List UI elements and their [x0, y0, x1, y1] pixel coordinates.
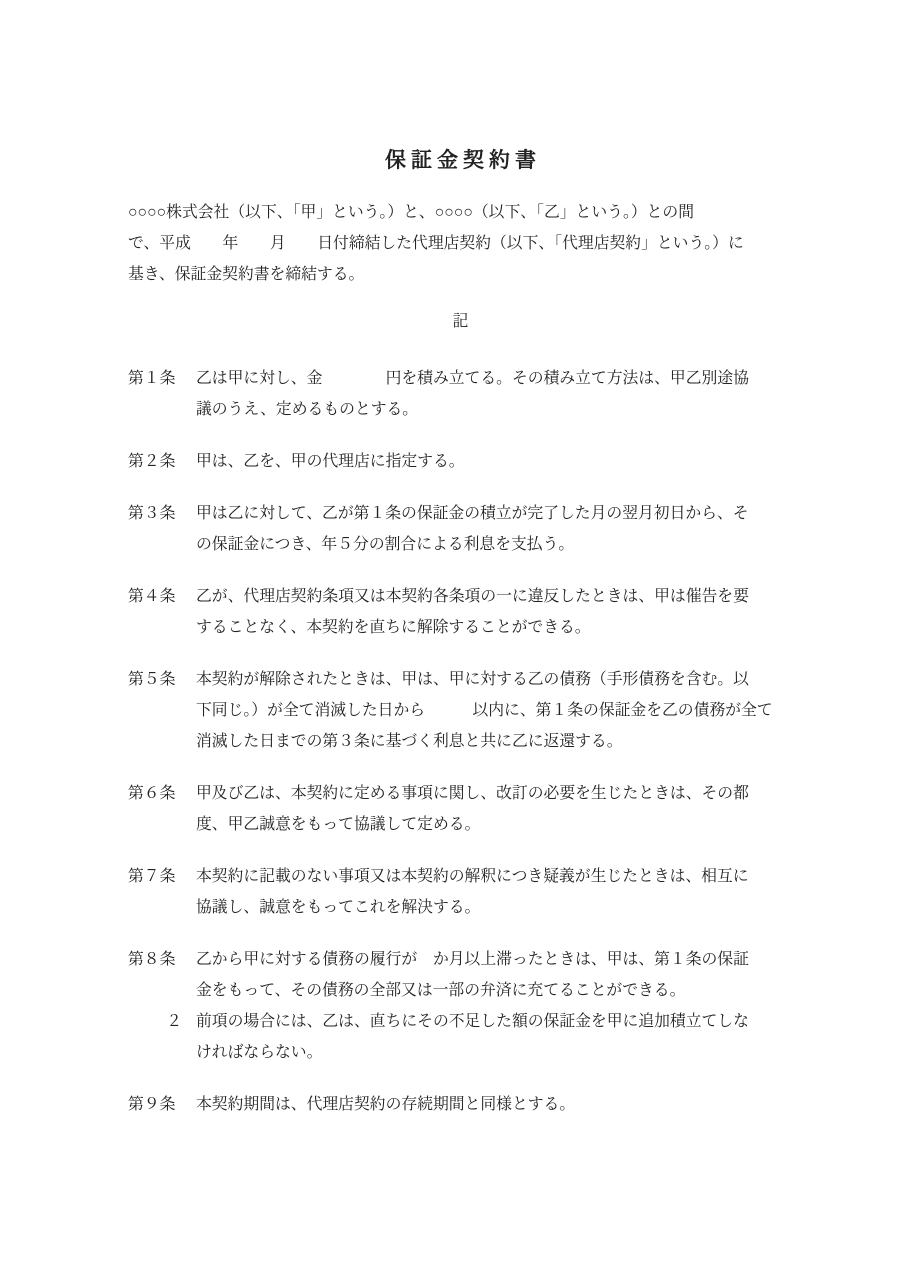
article-2-label: 第２条 — [128, 446, 196, 477]
article-6: 第６条 甲及び乙は、本契約に定める事項に関し、改訂の必要を生じたときは、その都 … — [128, 778, 793, 840]
article-2-text: 甲は、乙を、甲の代理店に指定する。 — [196, 446, 793, 477]
article-8: 第８条 乙から甲に対する債務の履行が か月以上滞ったときは、甲は、第１条の保証 … — [128, 944, 793, 1006]
article-3-label: 第３条 — [128, 498, 196, 560]
article-7: 第７条 本契約に記載のない事項又は本契約の解釈につき疑義が生じたときは、相互に … — [128, 861, 793, 923]
article-8-label: 第８条 — [128, 944, 196, 1006]
article-8-clause-2-text: 前項の場合には、乙は、直ちにその不足した額の保証金を甲に追加積立てしな ければな… — [196, 1006, 793, 1068]
document-body: 保証金契約書 ○○○○株式会社（以下、「甲」という。）と、○○○○（以下、「乙」… — [0, 0, 905, 1120]
article-2: 第２条 甲は、乙を、甲の代理店に指定する。 — [128, 446, 793, 477]
article-1-label: 第１条 — [128, 363, 196, 425]
section-marker: 記 — [128, 306, 793, 337]
articles-list: 第１条 乙は甲に対し、金 円を積み立てる。その積み立て方法は、甲乙別途協 議のう… — [128, 363, 793, 1120]
article-8-clause-2-label: ２ — [128, 1006, 196, 1068]
article-4-label: 第４条 — [128, 581, 196, 643]
article-9: 第９条 本契約期間は、代理店契約の存続期間と同様とする。 — [128, 1089, 793, 1120]
article-9-label: 第９条 — [128, 1089, 196, 1120]
article-1-text: 乙は甲に対し、金 円を積み立てる。その積み立て方法は、甲乙別途協 議のうえ、定め… — [196, 363, 793, 425]
article-5-text: 本契約が解除されたときは、甲は、甲に対する乙の債務（手形債務を含む。以 下同じ。… — [196, 664, 793, 757]
article-6-text: 甲及び乙は、本契約に定める事項に関し、改訂の必要を生じたときは、その都 度、甲乙… — [196, 778, 793, 840]
article-7-text: 本契約に記載のない事項又は本契約の解釈につき疑義が生じたときは、相互に 協議し、… — [196, 861, 793, 923]
article-4-text: 乙が、代理店契約条項又は本契約各条項の一に違反したときは、甲は催告を要 すること… — [196, 581, 793, 643]
article-8-clause-2: ２ 前項の場合には、乙は、直ちにその不足した額の保証金を甲に追加積立てしな けれ… — [128, 1006, 793, 1068]
article-3: 第３条 甲は乙に対して、乙が第１条の保証金の積立が完了した月の翌月初日から、そ … — [128, 498, 793, 560]
article-7-label: 第７条 — [128, 861, 196, 923]
document-page: 保証金契約書 ○○○○株式会社（以下、「甲」という。）と、○○○○（以下、「乙」… — [0, 0, 905, 1280]
article-3-text: 甲は乙に対して、乙が第１条の保証金の積立が完了した月の翌月初日から、そ の保証金… — [196, 498, 793, 560]
article-6-label: 第６条 — [128, 778, 196, 840]
article-9-text: 本契約期間は、代理店契約の存続期間と同様とする。 — [196, 1089, 793, 1120]
article-5-label: 第５条 — [128, 664, 196, 757]
intro-paragraph: ○○○○株式会社（以下、「甲」という。）と、○○○○（以下、「乙」という。）との… — [128, 197, 793, 290]
article-8-text: 乙から甲に対する債務の履行が か月以上滞ったときは、甲は、第１条の保証 金をもっ… — [196, 944, 793, 1006]
article-4: 第４条 乙が、代理店契約条項又は本契約各条項の一に違反したときは、甲は催告を要 … — [128, 581, 793, 643]
article-5: 第５条 本契約が解除されたときは、甲は、甲に対する乙の債務（手形債務を含む。以 … — [128, 664, 793, 757]
article-1: 第１条 乙は甲に対し、金 円を積み立てる。その積み立て方法は、甲乙別途協 議のう… — [128, 363, 793, 425]
document-title: 保証金契約書 — [128, 145, 793, 175]
